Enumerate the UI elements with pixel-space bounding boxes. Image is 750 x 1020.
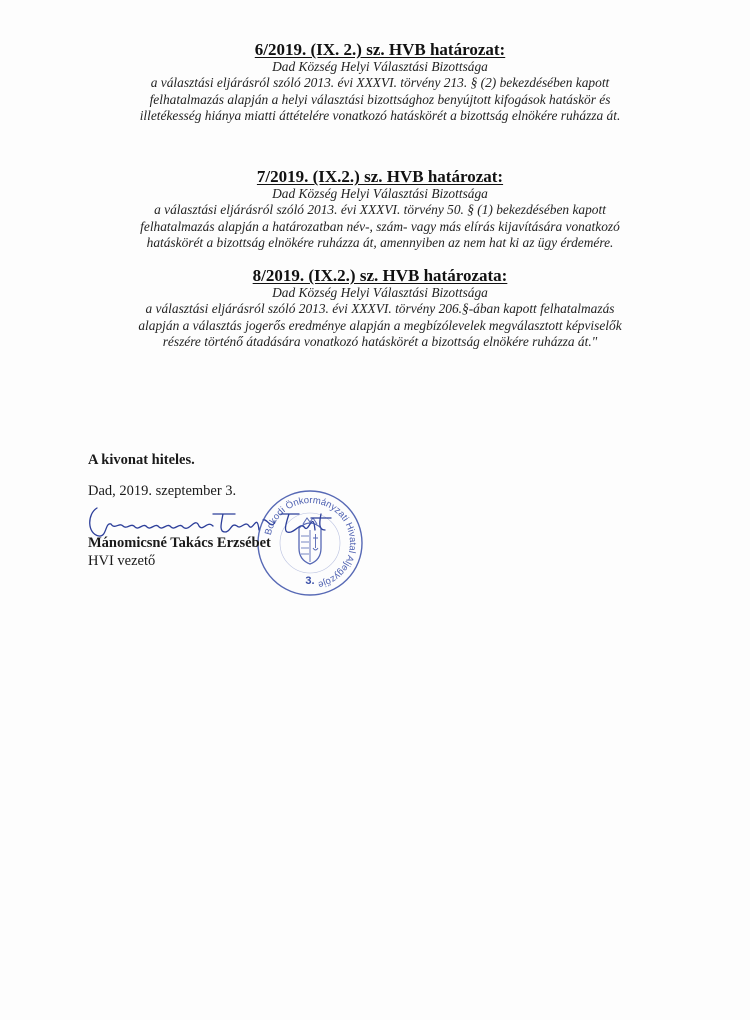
decision-line: a választási eljárásról szóló 2013. évi … bbox=[80, 202, 680, 218]
decision-7-2019: 7/2019. (IX.2.) sz. HVB határozat: Dad K… bbox=[80, 167, 680, 251]
decision-heading: 7/2019. (IX.2.) sz. HVB határozat: bbox=[80, 167, 680, 186]
signer-name: Mánomicsné Takács Erzsébet bbox=[88, 535, 271, 552]
decision-line: illetékesség hiánya miatti áttételére vo… bbox=[80, 108, 680, 124]
decision-8-2019: 8/2019. (IX.2.) sz. HVB határozata: Dad … bbox=[80, 266, 680, 350]
decision-line: Dad Község Helyi Választási Bizottsága bbox=[80, 186, 680, 202]
decision-line: részére történő átadására vonatkozó hatá… bbox=[80, 334, 680, 350]
decision-line: hatáskörét a bizottság elnökére ruházza … bbox=[80, 235, 680, 251]
decision-line: felhatalmazás alapján a helyi választási… bbox=[80, 92, 680, 108]
decision-line: a választási eljárásról szóló 2013. évi … bbox=[80, 75, 680, 91]
decision-body: Dad Község Helyi Választási Bizottsága a… bbox=[80, 285, 680, 350]
decision-heading: 8/2019. (IX.2.) sz. HVB határozata: bbox=[80, 266, 680, 285]
decision-line: Dad Község Helyi Választási Bizottsága bbox=[80, 59, 680, 75]
decision-6-2019: 6/2019. (IX. 2.) sz. HVB határozat: Dad … bbox=[80, 40, 680, 124]
decision-line: alapján a választás jogerős eredménye al… bbox=[80, 318, 680, 334]
decision-body: Dad Község Helyi Választási Bizottsága a… bbox=[80, 186, 680, 251]
decision-line: a választási eljárásról szóló 2013. évi … bbox=[80, 301, 680, 317]
decision-body: Dad Község Helyi Választási Bizottsága a… bbox=[80, 59, 680, 124]
decision-line: Dad Község Helyi Választási Bizottsága bbox=[80, 285, 680, 301]
place-date: Dad, 2019. szeptember 3. bbox=[88, 483, 236, 500]
coat-of-arms-icon bbox=[299, 518, 321, 564]
certification-text: A kivonat hiteles. bbox=[88, 452, 195, 469]
signer-role: HVI vezető bbox=[88, 553, 155, 570]
document-page: 6/2019. (IX. 2.) sz. HVB határozat: Dad … bbox=[0, 0, 750, 1020]
decision-heading: 6/2019. (IX. 2.) sz. HVB határozat: bbox=[80, 40, 680, 59]
decision-line: felhatalmazás alapján a határozatban név… bbox=[80, 219, 680, 235]
official-stamp: Bokodi Önkormányzati Hivatal Aljegyzője … bbox=[255, 488, 365, 598]
stamp-number: 3. bbox=[305, 575, 314, 587]
